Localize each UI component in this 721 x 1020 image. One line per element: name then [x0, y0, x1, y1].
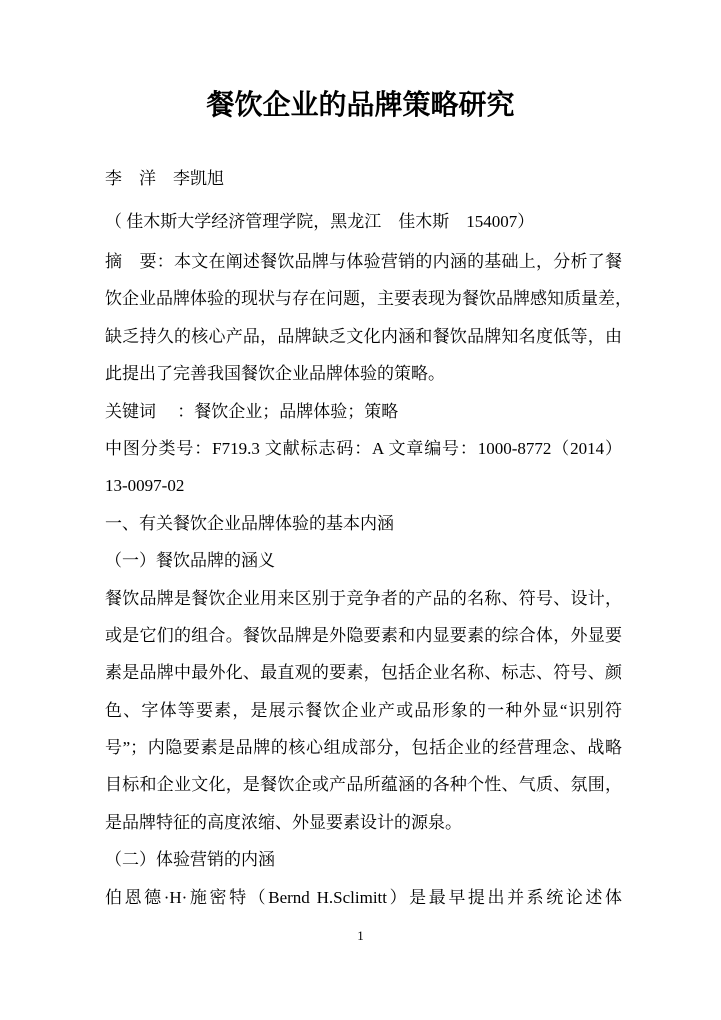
- text-line: 摘 要：本文在阐述餐饮品牌与体验营销的内涵的基础上，分析了餐: [105, 243, 622, 280]
- text-line: 中图分类号：F719.3 文献标志码：A 文章编号：1000-8772（2014…: [105, 430, 622, 467]
- text-line: 一、有关餐饮企业品牌体验的基本内涵: [105, 505, 622, 542]
- text-line: 目标和企业文化，是餐饮企或产品所蕴涵的各种个性、气质、氛围，: [105, 766, 622, 803]
- text-line: 色、字体等要素，是展示餐饮企业产或品形象的一种外显“识别符: [105, 692, 622, 729]
- authors-line: 李 洋 李凯旭: [105, 164, 224, 189]
- document-page: 餐饮企业的品牌策略研究 李 洋 李凯旭 （ 佳木斯大学经济管理学院，黑龙江 佳木…: [0, 0, 721, 1020]
- text-line: 是品牌特征的高度浓缩、外显要素设计的源泉。: [105, 804, 622, 841]
- text-line: 关键词 ：餐饮企业；品牌体验；策略: [105, 393, 622, 430]
- affiliation-line: （ 佳木斯大学经济管理学院，黑龙江 佳木斯 154007）: [105, 207, 534, 232]
- page-number: 1: [0, 928, 721, 944]
- text-line: 号”；内隐要素是品牌的核心组成部分，包括企业的经营理念、战略: [105, 729, 622, 766]
- paper-title: 餐饮企业的品牌策略研究: [0, 83, 721, 123]
- text-line: 伯恩德·H·施密特（Bernd H.Sclimitt）是最早提出并系统论述体: [105, 879, 622, 916]
- text-line: （一）餐饮品牌的涵义: [105, 542, 622, 579]
- text-line: 餐饮品牌是餐饮企业用来区别于竞争者的产品的名称、符号、设计，: [105, 580, 622, 617]
- text-line: 饮企业品牌体验的现状与存在问题，主要表现为餐饮品牌感知质量差，: [105, 280, 622, 317]
- body-text: 摘 要：本文在阐述餐饮品牌与体验营销的内涵的基础上，分析了餐饮企业品牌体验的现状…: [105, 243, 622, 916]
- text-line: 素是品牌中最外化、最直观的要素，包括企业名称、标志、符号、颜: [105, 654, 622, 691]
- text-line: 此提出了完善我国餐饮企业品牌体验的策略。: [105, 355, 622, 392]
- text-line: 或是它们的组合。餐饮品牌是外隐要素和内显要素的综合体，外显要: [105, 617, 622, 654]
- text-line: 13-0097-02: [105, 467, 622, 504]
- text-line: （二）体验营销的内涵: [105, 841, 622, 878]
- text-line: 缺乏持久的核心产品，品牌缺乏文化内涵和餐饮品牌知名度低等，由: [105, 318, 622, 355]
